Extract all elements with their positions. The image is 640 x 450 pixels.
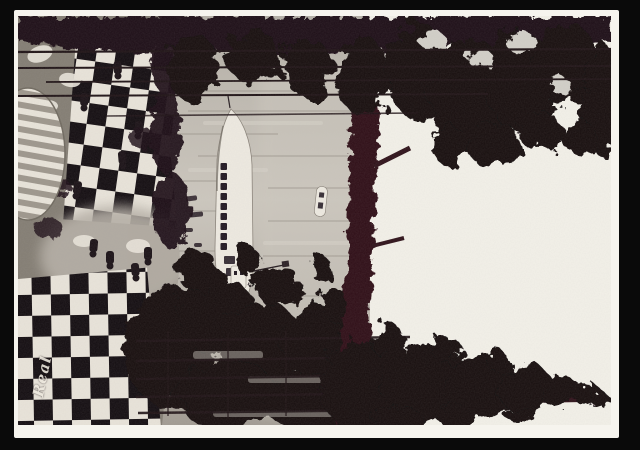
photo-scene: [18, 16, 611, 425]
rotated-photo: Real: [18, 16, 611, 425]
film-grain-overlay: [18, 16, 611, 425]
scanner-background: Real: [0, 0, 640, 450]
postcard: Real: [14, 10, 619, 438]
